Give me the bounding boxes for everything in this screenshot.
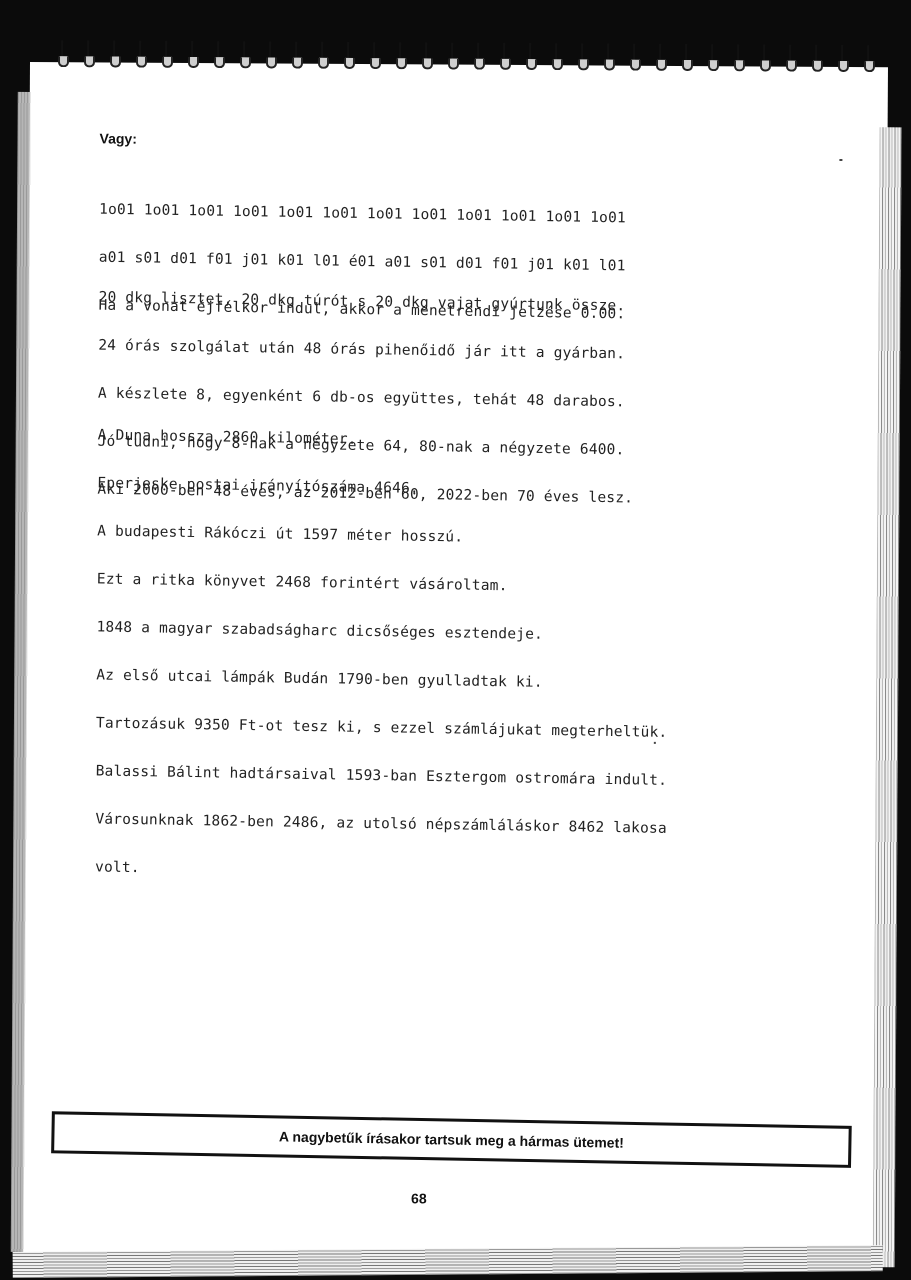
spiral-coil (136, 41, 144, 69)
page-stack-left-edge (11, 92, 32, 1252)
spiral-coil (84, 40, 92, 68)
spiral-coil (344, 42, 352, 70)
text-line: Balassi Bálint hadtársaival 1593-ban Esz… (96, 763, 668, 788)
text-line: 1o01 1o01 1o01 1o01 1o01 1o01 1o01 1o01 … (99, 202, 626, 227)
notice-box: A nagybetűk írásakor tartsuk meg a hárma… (51, 1111, 852, 1168)
page-number: 68 (411, 1190, 427, 1206)
spiral-coil (448, 43, 456, 71)
text-line: A Duna hossza 2860 kilométer. (98, 427, 670, 452)
spiral-coil (292, 42, 300, 70)
page-stack-bottom-edge (13, 1245, 883, 1278)
spiral-coil (422, 42, 430, 70)
page-stack-right-edge (873, 127, 902, 1267)
spiral-coil (266, 41, 274, 69)
spiral-coil (552, 43, 560, 71)
section-heading: Vagy: (99, 130, 136, 146)
text-line: 24 órás szolgálat után 48 órás pihenőidő… (98, 338, 634, 363)
text-line: Ezt a ritka könyvet 2468 forintért vásár… (97, 571, 669, 596)
spiral-coil (318, 42, 326, 70)
spiral-coil (760, 44, 768, 72)
spiral-coil (812, 45, 820, 73)
text-line: Tartozásuk 9350 Ft-ot tesz ki, s ezzel s… (96, 715, 668, 740)
spiral-coil (630, 44, 638, 72)
spiral-coil (578, 43, 586, 71)
spiral-binding (50, 40, 880, 85)
spiral-coil (786, 45, 794, 73)
notice-text: A nagybetűk írásakor tartsuk meg a hárma… (279, 1128, 624, 1150)
text-line: Az első utcai lámpák Budán 1790-ben gyul… (96, 667, 668, 692)
spiral-coil (708, 44, 716, 72)
scan-speck (839, 159, 842, 161)
spiral-coil (474, 43, 482, 71)
text-line: volt. (95, 859, 667, 884)
spiral-coil (656, 44, 664, 72)
scan-speck (654, 742, 656, 744)
spiral-coil (396, 42, 404, 70)
spiral-coil (188, 41, 196, 69)
spiral-coil (370, 42, 378, 70)
spiral-coil (734, 44, 742, 72)
text-line: A budapesti Rákóczi út 1597 méter hosszú… (97, 523, 669, 548)
spiral-coil (682, 44, 690, 72)
spiral-coil (864, 45, 872, 73)
spiral-coil (838, 45, 846, 73)
spiral-coil (526, 43, 534, 71)
spiral-coil (500, 43, 508, 71)
exercise-block-facts: A Duna hossza 2860 kilométer. Eperjeske … (95, 398, 670, 913)
spiral-coil (214, 41, 222, 69)
spiral-coil (240, 41, 248, 69)
text-line: 1848 a magyar szabadságharc dicsőséges e… (96, 619, 668, 644)
spiral-coil (604, 44, 612, 72)
text-line: Városunknak 1862-ben 2486, az utolsó nép… (95, 811, 667, 836)
spiral-coil (110, 40, 118, 68)
spiral-coil (162, 41, 170, 69)
text-line: 20 dkg lisztet, 20 dkg túrót s 20 dkg va… (98, 290, 634, 315)
spiral-coil (58, 40, 66, 68)
notebook-page: Vagy: 1o01 1o01 1o01 1o01 1o01 1o01 1o01… (23, 62, 888, 1267)
text-line: Eperjeske postai irányítószáma 4646. (97, 475, 669, 500)
